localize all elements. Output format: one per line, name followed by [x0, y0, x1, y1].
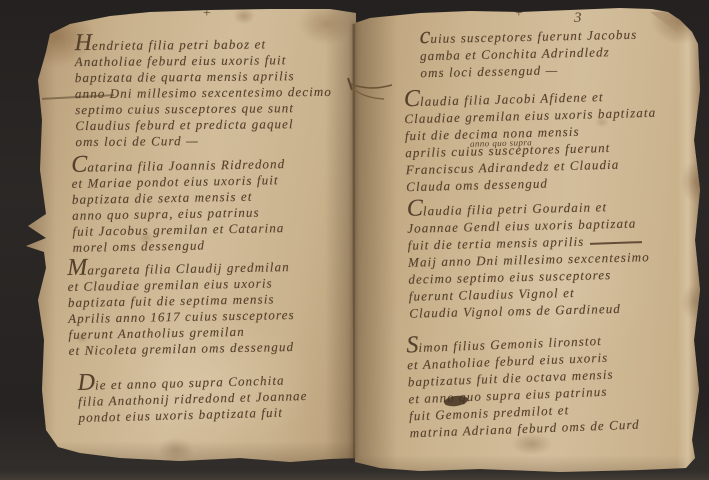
baptism-entry: Die et anno quo supra Conchita filia Ana…: [77, 369, 308, 426]
left-page: + Hendrieta filia petri baboz et Anathol…: [26, 6, 358, 464]
baptism-entry: Margareta filia Claudij gredmilan et Cla…: [67, 256, 295, 359]
table-surface-edge: [0, 471, 709, 480]
cross-mark: +: [514, 6, 523, 22]
manuscript-photo: + Hendrieta filia petri baboz et Anathol…: [0, 0, 709, 480]
baptism-entry: Hendrieta filia petri baboz et Anatholia…: [75, 33, 333, 150]
cross-mark: +: [202, 6, 217, 22]
baptism-entry: Catarina filia Joannis Ridredond et Mari…: [71, 153, 287, 256]
binding-thread-icon: [346, 76, 398, 106]
baptism-entry: Claudia filia petri Gourdain et Joannae …: [407, 195, 651, 321]
baptism-entry: cuius susceptores fuerunt Jacobus gamba …: [419, 24, 638, 82]
right-page: + 3 cuius susceptores fuerunt Jacobus ga…: [352, 2, 702, 474]
interline-note: anno quo supra: [470, 137, 532, 149]
damaged-corner: [640, 8, 700, 50]
baptism-entry: Simon filius Gemonis lironstot et Anatho…: [406, 329, 640, 442]
